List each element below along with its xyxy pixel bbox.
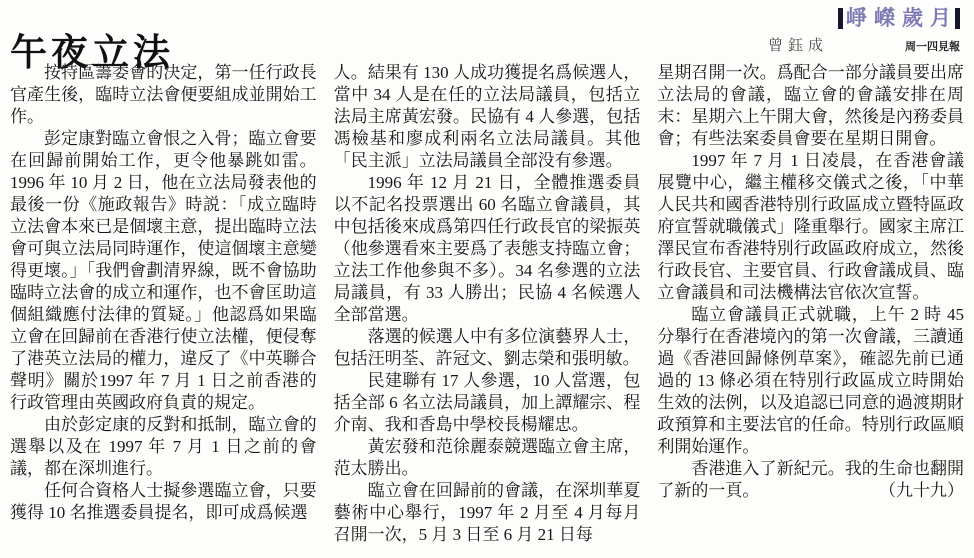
- paragraph: 由於彭定康的反對和抵制，臨立會的選舉以及在 1997 年 7 月 1 日之前的會…: [10, 414, 317, 480]
- publication-schedule: 周一四見報: [905, 38, 960, 54]
- column-masthead: 崢嶸歲月 曾鈺成 周一四見報: [764, 8, 960, 55]
- episode-number: （九十九）: [845, 480, 964, 502]
- article-body: 按特區籌委會的決定，第一任行政長官產生後，臨時立法會便要組成並開始工作。 彭定康…: [10, 62, 964, 550]
- article-column-1: 按特區籌委會的決定，第一任行政長官產生後，臨時立法會便要組成並開始工作。 彭定康…: [10, 62, 317, 550]
- paragraph: 民建聯有 17 人參選，10 人當選，包括全部 6 名立法局議員，加上譚耀宗、程…: [334, 370, 641, 436]
- series-left-bar-decoration: [838, 8, 843, 29]
- article-column-2: 人。結果有 130 人成功獲提名爲候選人，當中 34 人是在任的立法局議員，包括…: [334, 62, 641, 550]
- series-title: 崢嶸歲月: [846, 8, 958, 29]
- paragraph: 1996 年 12 月 21 日，全體推選委員以不記名投票選出 60 名臨立會議…: [334, 172, 641, 326]
- article-column-3: 星期召開一次。爲配合一部分議員要出席立法局的會議，臨立會的會議安排在周末：星期六…: [657, 62, 964, 550]
- paragraph: 臨立會在回歸前的會議，在深圳華夏藝術中心舉行，1997 年 2 月至 4 月每月…: [334, 480, 641, 546]
- paragraph: 任何合資格人士擬參選臨立會，只要獲得 10 名推選委員提名，即可成爲候選: [10, 480, 317, 524]
- paragraph-closing: 香港進入了新紀元。我的生命也翻開了新的一頁。 （九十九）: [657, 458, 964, 502]
- paragraph-continuation: 人。結果有 130 人成功獲提名爲候選人，當中 34 人是在任的立法局議員，包括…: [334, 62, 641, 172]
- paragraph: 1997 年 7 月 1 日凌晨，在香港會議展覽中心，繼主權移交儀式之後，「中華…: [657, 150, 964, 304]
- series-right-bar-decoration: [955, 8, 960, 29]
- paragraph-continuation: 星期召開一次。爲配合一部分議員要出席立法局的會議，臨立會的會議安排在周末：星期六…: [657, 62, 964, 150]
- byline-row: 曾鈺成 周一四見報: [764, 34, 960, 55]
- paragraph: 黃宏發和范徐麗泰競選臨立會主席，范太勝出。: [334, 436, 641, 480]
- series-title-row: 崢嶸歲月: [764, 8, 960, 29]
- paragraph: 落選的候選人中有多位演藝界人士，包括汪明荃、許冠文、劉志榮和張明敏。: [334, 326, 641, 370]
- paragraph: 按特區籌委會的決定，第一任行政長官產生後，臨時立法會便要組成並開始工作。: [10, 62, 317, 128]
- author-name: 曾鈺成: [768, 34, 828, 55]
- paragraph: 彭定康對臨立會恨之入骨；臨立會要在回歸前開始工作，更令他暴跳如雷。1996 年 …: [10, 128, 317, 414]
- paragraph: 臨立會議員正式就職，上午 2 時 45 分舉行在香港境內的第一次會議，三讀通過《…: [657, 304, 964, 458]
